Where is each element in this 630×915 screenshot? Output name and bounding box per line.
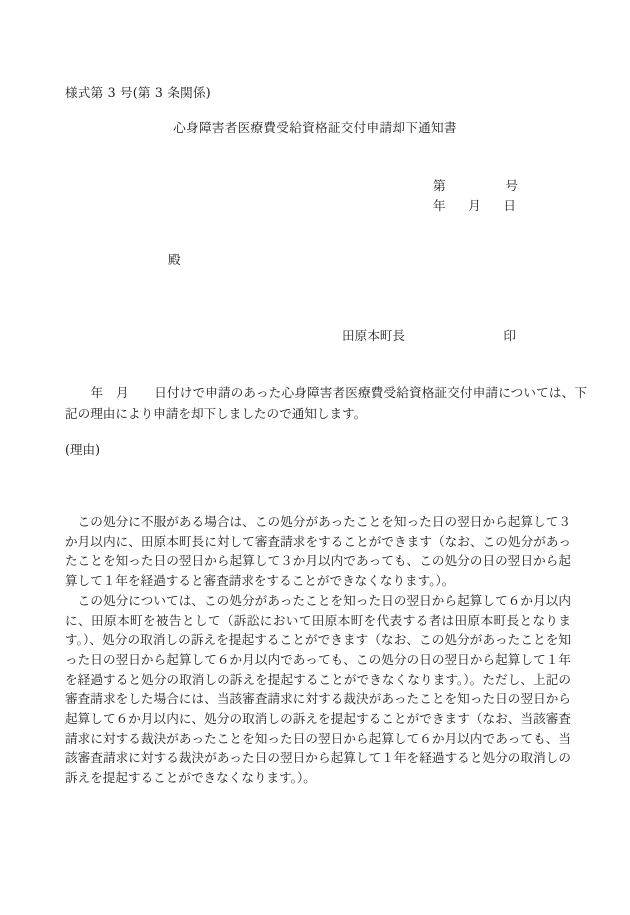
date-line: 年 月 日 <box>433 196 516 216</box>
date-day-label: 日 <box>503 196 516 216</box>
appeal-paragraph-1: この処分に不服がある場合は、この処分があったことを知った日の翌日から起算して３か… <box>65 512 571 591</box>
document-number-suffix: 号 <box>505 176 518 196</box>
date-month-label: 月 <box>468 196 481 216</box>
document-number-line: 第 号 <box>433 176 518 196</box>
appeal-paragraph-2: この処分については、この処分があったことを知った日の翌日から起算して６か月以内に… <box>65 591 571 788</box>
document-number-prefix: 第 <box>433 176 446 196</box>
intro-paragraph: 年 月 日付けで申請のあった心身障害者医療費受給資格証交付申請については、下記の… <box>65 382 587 424</box>
form-number: 様式第 3 号(第 3 条関係) <box>65 83 211 103</box>
document-title: 心身障害者医療費受給資格証交付申請却下通知書 <box>0 118 630 138</box>
reason-label: (理由) <box>65 440 100 460</box>
seal-mark: 印 <box>503 326 516 346</box>
addressee-honorific: 殿 <box>168 250 181 270</box>
document-page: 様式第 3 号(第 3 条関係) 心身障害者医療費受給資格証交付申請却下通知書 … <box>0 0 630 915</box>
issuer-line: 田原本町長 印 <box>342 326 516 346</box>
issuer-title: 田原本町長 <box>342 326 405 346</box>
appeal-notice: この処分に不服がある場合は、この処分があったことを知った日の翌日から起算して３か… <box>65 512 571 788</box>
date-year-label: 年 <box>433 196 446 216</box>
